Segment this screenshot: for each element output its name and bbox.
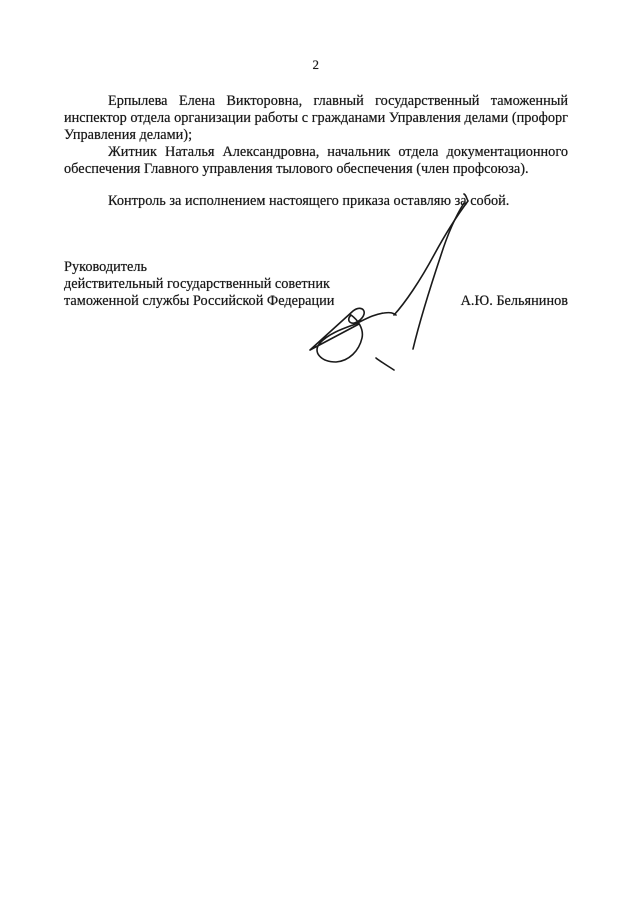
document-page: 2 Ерпылева Елена Викторовна, главный гос… <box>0 0 640 905</box>
signature-stroke <box>310 308 396 362</box>
page-number: 2 <box>64 57 568 73</box>
signatory-position-line: таможенной службы Российской Федерации <box>64 293 334 310</box>
document-body: Ерпылева Елена Викторовна, главный госуд… <box>64 93 568 310</box>
paragraph-erpyleva: Ерпылева Елена Викторовна, главный госуд… <box>64 93 568 144</box>
signatory-position: Руководитель действительный государствен… <box>64 259 334 310</box>
signatory-position-line: Руководитель <box>64 259 334 276</box>
signatory-name: А.Ю. Бельянинов <box>461 293 568 310</box>
signature-block: Руководитель действительный государствен… <box>64 259 568 310</box>
paragraph-control: Контроль за исполнением настоящего прика… <box>64 193 568 210</box>
signatory-position-line: действительный государственный советник <box>64 276 334 293</box>
paragraph-zhitnik: Житник Наталья Александровна, начальник … <box>64 144 568 178</box>
signature-stroke <box>376 358 394 370</box>
